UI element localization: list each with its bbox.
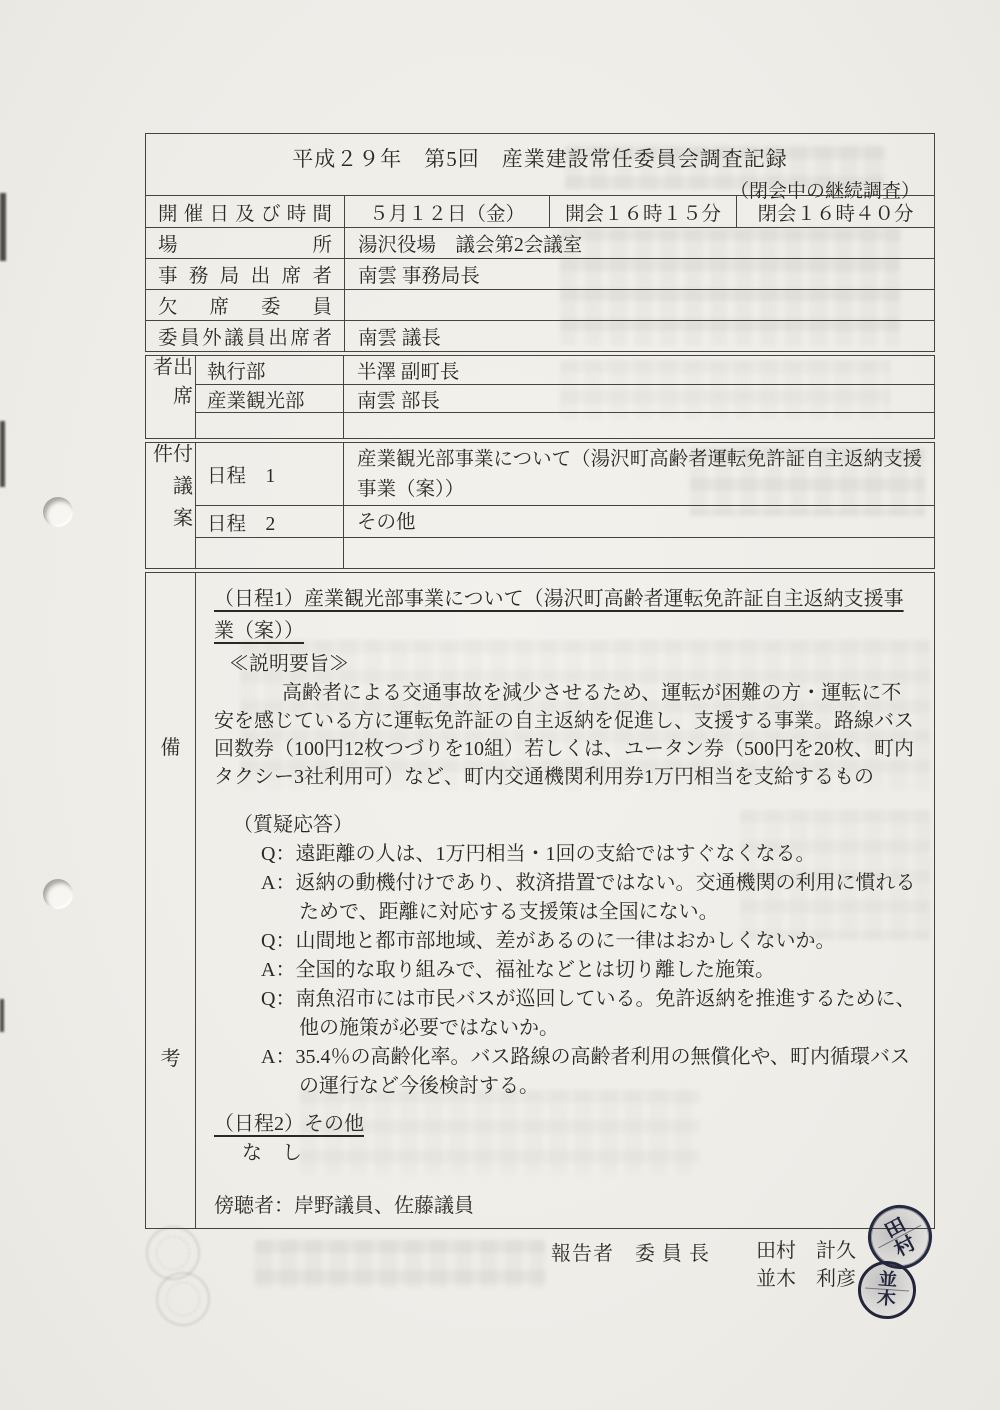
remarks-label-bottom: 考: [161, 1042, 181, 1071]
remarks-label-top: 備: [161, 731, 181, 760]
info-row-nonmember: 委員外議員出席者 南雲 議長: [146, 320, 934, 351]
attendee-names: 南雲 部長: [344, 385, 934, 412]
observers-line: 傍聴者：岸野議員、佐藤議員: [214, 1192, 918, 1221]
attendee-group: 執行部: [196, 356, 344, 384]
agenda-row: [196, 537, 934, 568]
agenda-section: 付議案件 日程 1 産業観光部事業について（湯沢町高齢者運転免許証自主返納支援事…: [145, 442, 935, 569]
agenda-label: 付議案件: [151, 443, 191, 568]
secretariat-value: 南雲 事務局長: [345, 260, 480, 288]
qa-list: Q：遠距離の人は、1万円相当・1回の支給ではすぐなくなる。 A：返納の動機付けで…: [261, 840, 918, 1101]
qa-item: A：全国的な取り組みで、福祉などとは切り離した施策。: [261, 956, 918, 985]
punch-hole: [43, 879, 73, 909]
attendees-label: 出席者: [151, 356, 191, 438]
info-row-place: 場所 湯沢役場 議会第2会議室: [146, 227, 934, 258]
qa-item: A：35.4％の高齢化率。バス路線の高齢者利用の無償化や、町内循環バスの運行など…: [261, 1043, 918, 1101]
info-section: 開催日及び時間 ５月１２日（金） 開会１６時１５分 閉会１６時４０分 場所 湯沢…: [145, 196, 935, 352]
qa-item: Q：南魚沼市には市民バスが巡回している。免許返納を推進するために、他の施策が必要…: [261, 985, 918, 1043]
agenda2-body: な し: [242, 1139, 918, 1168]
nonmember-label: 委員外議員出席者: [146, 322, 344, 350]
agenda-title: その他: [344, 506, 934, 537]
agenda-no: 日程 1: [196, 443, 344, 505]
attendee-names: 半澤 副町長: [344, 356, 934, 384]
agenda2-heading: （日程2）その他: [214, 1109, 364, 1139]
attendee-row: [196, 412, 934, 438]
schedule-row: 開催日及び時間 ５月１２日（金） 開会１６時１５分 閉会１６時４０分: [146, 196, 934, 227]
attendee-row: 執行部 半澤 副町長: [196, 356, 934, 384]
attendee-row: 産業観光部 南雲 部長: [196, 384, 934, 412]
schedule-date: ５月１２日（金）: [345, 196, 550, 227]
agenda-row: 日程 1 産業観光部事業について（湯沢町高齢者運転免許証自主返納支援事業（案））: [196, 443, 934, 505]
schedule-open-time: 開会１６時１５分: [550, 196, 737, 227]
agenda-title: [344, 538, 934, 568]
punch-hole: [43, 497, 73, 527]
place-label: 場所: [146, 229, 344, 257]
attendee-names: [344, 413, 934, 438]
scan-edge-artifact: [0, 193, 6, 261]
chairman-name: 田村 計久: [756, 1237, 856, 1265]
vice-chairman-name: 並木 利彦: [756, 1265, 856, 1293]
meeting-record-table: 平成２９年 第5回 産業建設常任委員会調査記録 （閉会中の継続調査） 開催日及び…: [145, 133, 935, 1229]
secretariat-label: 事務局出席者: [146, 260, 344, 288]
info-row-absent: 欠席委員: [146, 289, 934, 320]
schedule-close-time: 閉会１６時４０分: [737, 196, 934, 227]
title-section: 平成２９年 第5回 産業建設常任委員会調査記録 （閉会中の継続調査）: [145, 133, 935, 196]
qa-item: Q：山間地と都市部地域、差があるのに一律はおかしくないか。: [261, 927, 918, 956]
absent-label: 欠席委員: [146, 291, 344, 319]
qa-item: A：返納の動機付けであり、救済措置ではない。交通機関の利用に慣れるためで、距離に…: [261, 869, 918, 927]
attendee-group: [196, 413, 344, 438]
agenda1-heading: （日程1）産業観光部事業について（湯沢町高齢者運転免許証自主返納支援事業（案））: [214, 583, 918, 647]
agenda-no: 日程 2: [196, 506, 344, 537]
attendee-group: 産業観光部: [196, 385, 344, 412]
qa-label: （質疑応答）: [233, 811, 918, 840]
bleedthrough-smudge: [255, 1240, 545, 1288]
nonmember-value: 南雲 議長: [345, 322, 441, 350]
reporter-label: 報告者 委 員 長: [551, 1237, 710, 1266]
attendees-section: 出席者 執行部 半澤 副町長 産業観光部 南雲 部長: [145, 355, 935, 439]
namiki-seal-stamp: 並木: [856, 1259, 918, 1321]
agenda-no: [196, 538, 344, 568]
summary-label: ≪説明要旨≫: [229, 650, 918, 679]
scan-edge-artifact: [0, 421, 5, 487]
agenda-title: 産業観光部事業について（湯沢町高齢者運転免許証自主返納支援事業（案））: [344, 443, 934, 505]
schedule-label: 開催日及び時間: [146, 196, 345, 227]
qa-item: Q：遠距離の人は、1万円相当・1回の支給ではすぐなくなる。: [261, 840, 918, 869]
remarks-section: 備 考 （日程1）産業観光部事業について（湯沢町高齢者運転免許証自主返納支援事業…: [145, 572, 935, 1229]
document-title: 平成２９年 第5回 産業建設常任委員会調査記録: [146, 143, 934, 173]
summary-paragraph: 高齢者による交通事故を減少させるため、運転が困難の方・運転に不安を感じている方に…: [214, 679, 918, 791]
agenda-row: 日程 2 その他: [196, 505, 934, 537]
scan-edge-artifact: [0, 999, 4, 1032]
reporter-footer: 報告者 委 員 長 田村 計久 並木 利彦: [551, 1237, 856, 1293]
info-row-secretariat: 事務局出席者 南雲 事務局長: [146, 258, 934, 289]
place-value: 湯沢役場 議会第2会議室: [345, 229, 582, 257]
